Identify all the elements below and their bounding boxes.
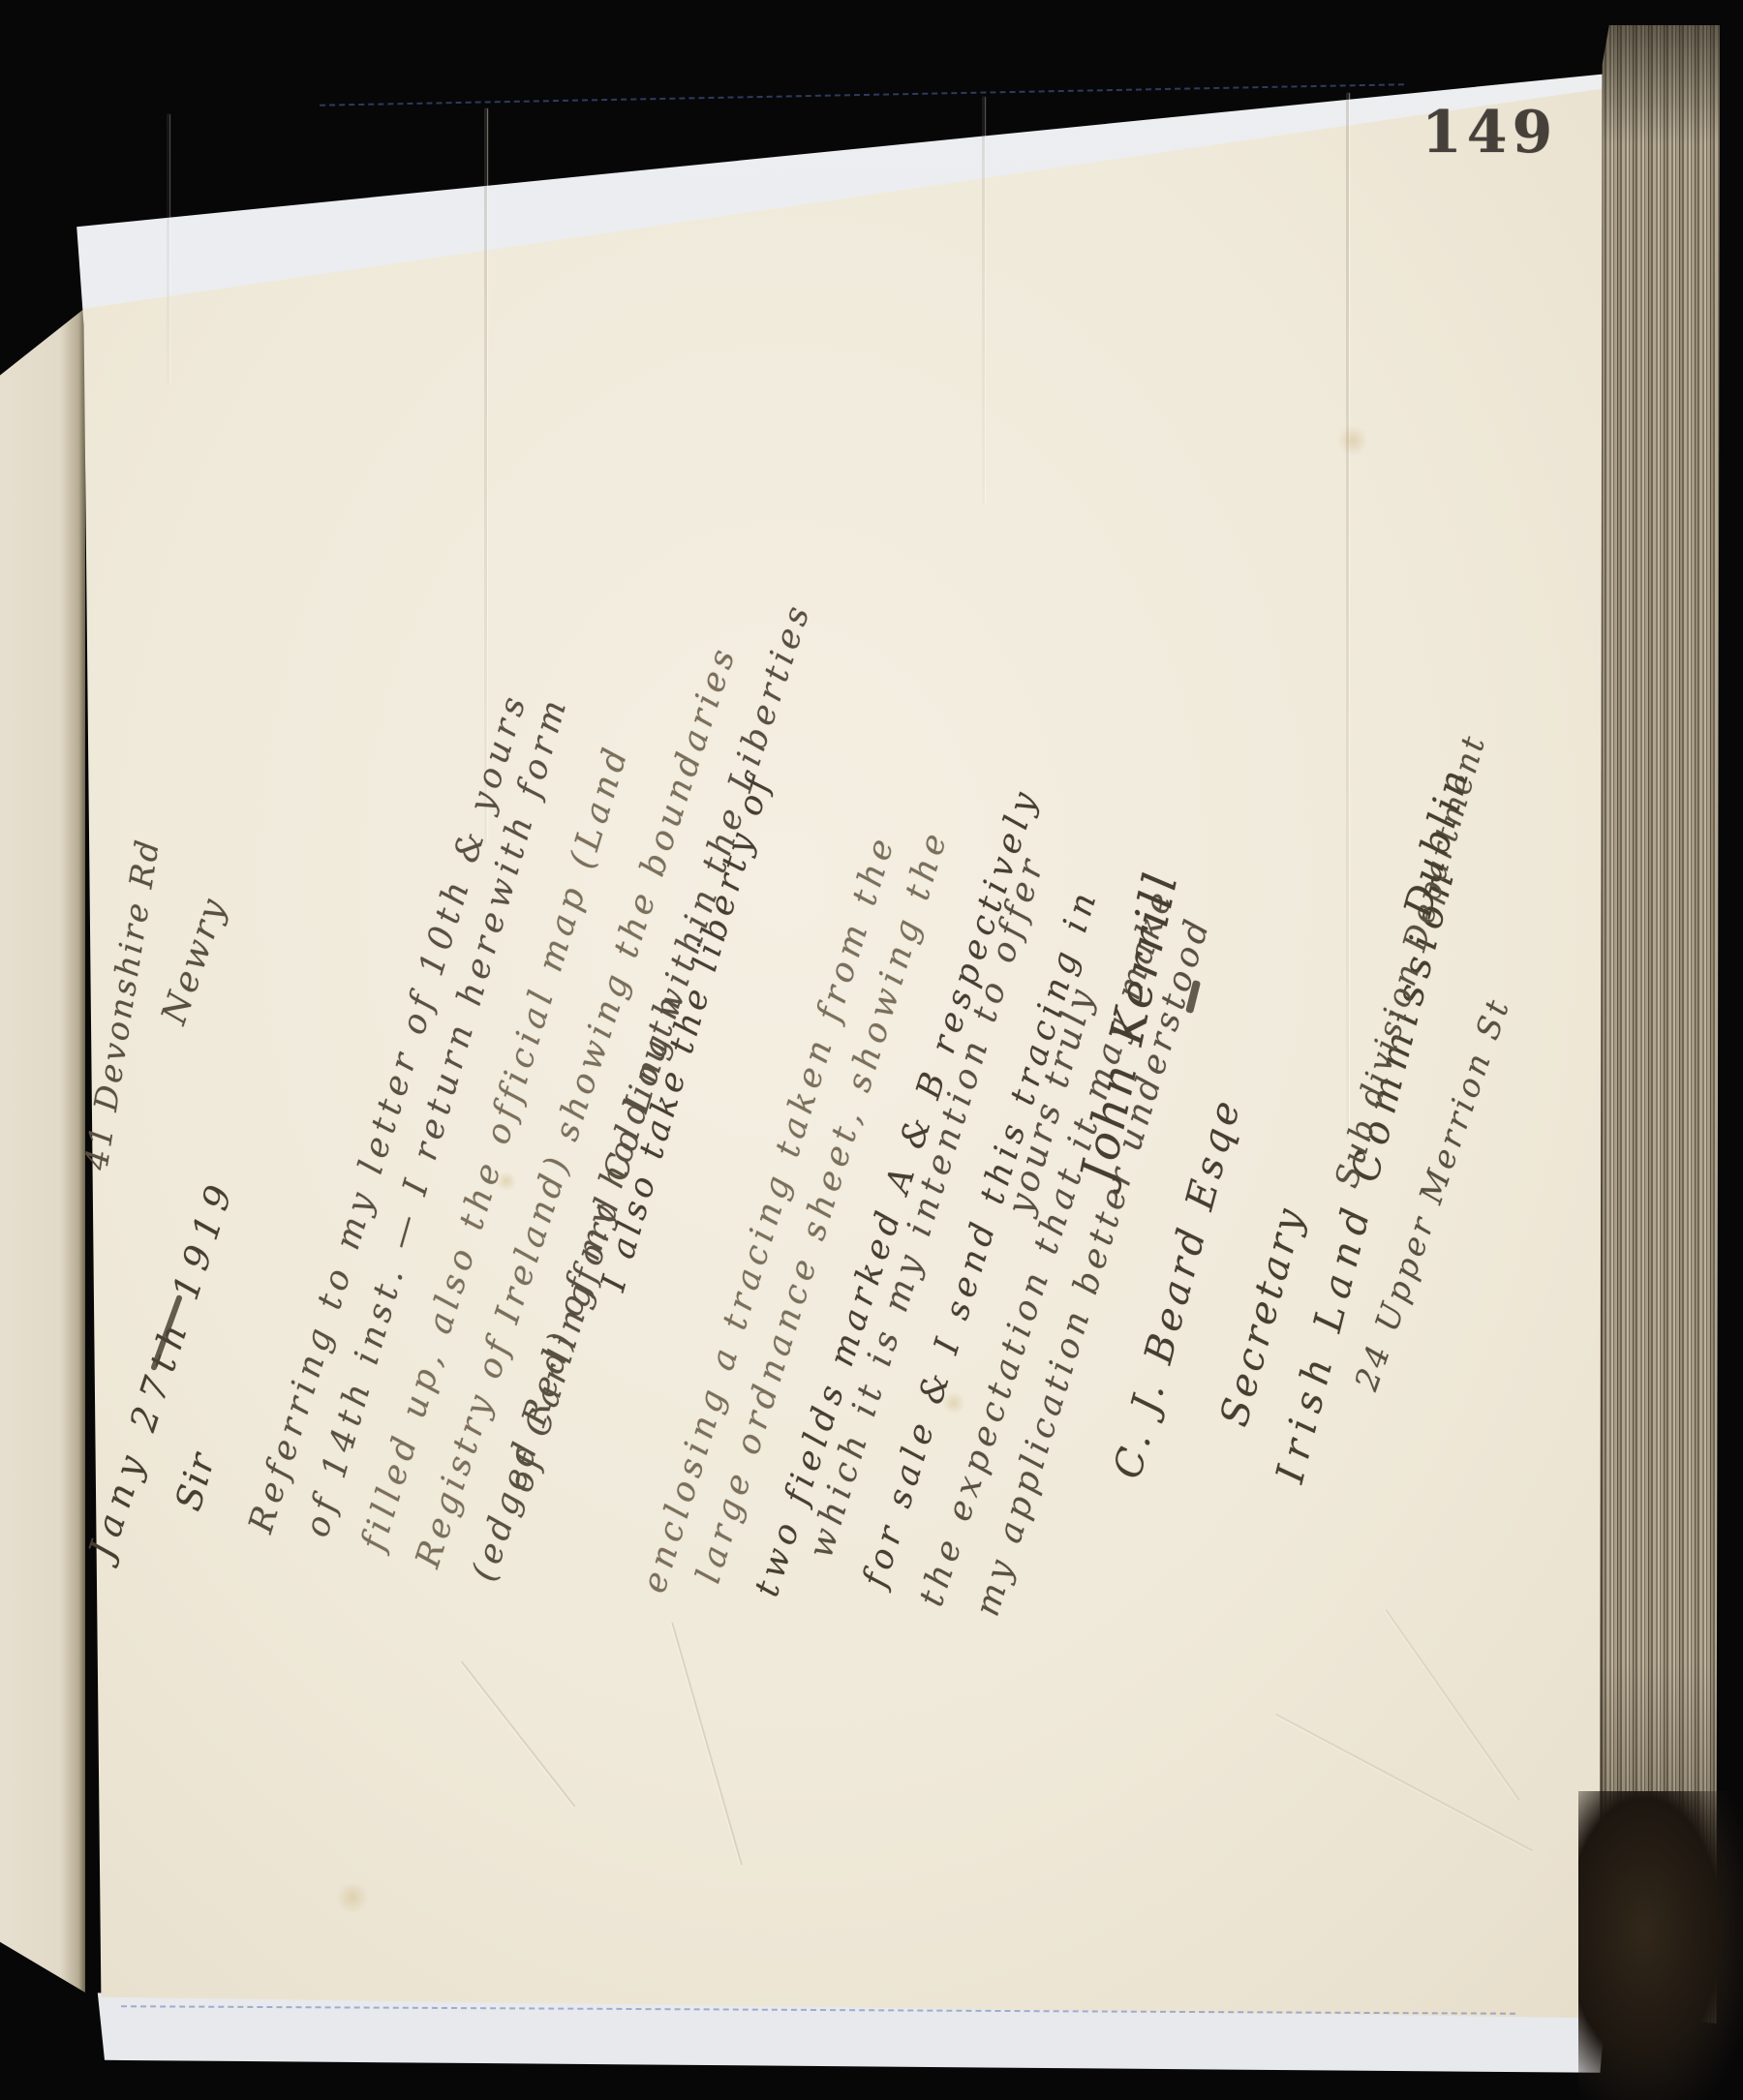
- paper-crease: [982, 97, 985, 503]
- page-number: 149: [1422, 99, 1557, 167]
- facing-page-edge: [0, 308, 85, 1993]
- paper-crease: [1346, 93, 1349, 1139]
- paper-stain: [1336, 426, 1369, 455]
- paper-crease: [167, 114, 169, 385]
- book-cover-shadow: [1578, 1791, 1743, 2100]
- paper-stain: [334, 1883, 371, 1912]
- perforation-line-top: [320, 83, 1404, 107]
- book-fore-edge-stack: [1600, 25, 1720, 2024]
- book-scan: 149 41 Devonshire Rd Newry Jany 27th 191…: [0, 0, 1743, 2100]
